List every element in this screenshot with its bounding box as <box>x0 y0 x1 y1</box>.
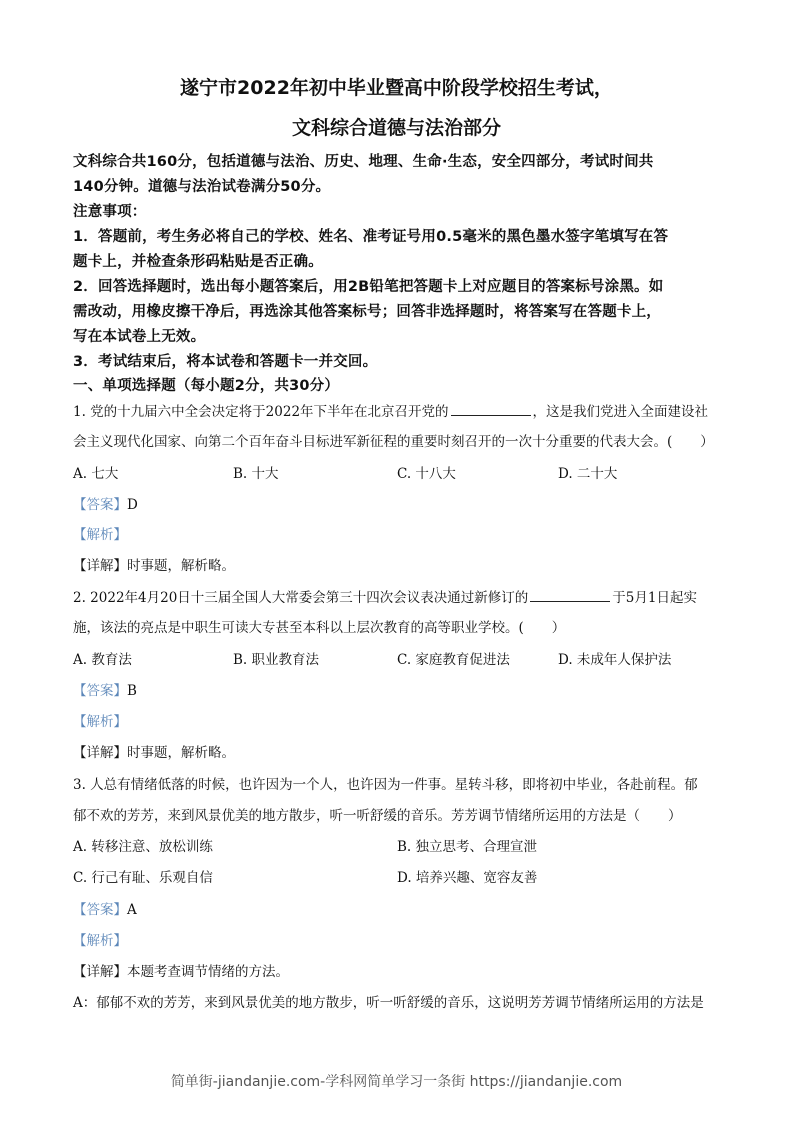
question-3-stem-line2: 郁不欢的芳芳，来到风景优美的地方散步，听一听舒缓的音乐。芳芳调节情绪所运用的方法… <box>73 804 682 824</box>
question-3-option-a: A. 转移注意、放松训练 <box>73 835 213 855</box>
question-3-analysis: 【解析】 <box>73 929 127 949</box>
question-2-answer: 【答案】B <box>73 679 137 699</box>
question-3-detail-a: A：郁郁不欢的芳芳，来到风景优美的地方散步，听一听舒缓的音乐，这说明芳芳调节情绪… <box>73 991 704 1011</box>
question-2-analysis: 【解析】 <box>73 710 127 730</box>
answer-tag: 【答案】 <box>73 497 127 513</box>
notice-3: 3．考试结束后，将本试卷和答题卡一并交回。 <box>73 350 377 371</box>
paren-close: ） <box>700 434 714 450</box>
exam-page: 遂宁市2022年初中毕业暨高中阶段学校招生考试， 文科综合道德与法治部分 文科综… <box>0 0 793 1122</box>
question-3-option-c: C. 行己有耻、乐观自信 <box>73 866 213 886</box>
question-2-text-pre: 2. 2022年4月20日十三届全国人大常委会第三十四次会议表决通过新修订的 <box>73 590 528 606</box>
question-3-stem-line1: 3. 人总有情绪低落的时候，也许因为一个人，也许因为一件事。星转斗移，即将初中毕… <box>73 773 698 793</box>
question-1-stem-line2: 会主义现代化国家、向第二个百年奋斗目标进军新征程的重要时刻召开的一次十分重要的代… <box>73 430 714 450</box>
question-2-stem-line2: 施，该法的亮点是中职生可读大专甚至本科以上层次教育的高等职业学校。(） <box>73 616 565 636</box>
analysis-tag: 【解析】 <box>73 527 127 543</box>
question-1-option-b: B. 十大 <box>233 462 279 482</box>
question-1-detail: 【详解】时事题，解析略。 <box>73 554 235 574</box>
question-2-text-b: 施，该法的亮点是中职生可读大专甚至本科以上层次教育的高等职业学校。( <box>73 620 524 636</box>
question-2-stem-line1: 2. 2022年4月20日十三届全国人大常委会第三十四次会议表决通过新修订的于5… <box>73 586 697 606</box>
answer-tag: 【答案】 <box>73 902 127 918</box>
question-2-text-post: 于5月1日起实 <box>612 590 697 606</box>
question-2-option-c: C. 家庭教育促进法 <box>397 648 510 668</box>
answer-value: A <box>127 902 137 918</box>
question-3-option-b: B. 独立思考、合理宣泄 <box>397 835 537 855</box>
question-1-option-d: D. 二十大 <box>558 462 617 482</box>
question-1-stem-line1: 1. 党的十九届六中全会决定将于2022年下半年在北京召开党的，这是我们党进入全… <box>73 400 708 420</box>
notice-1a: 1．答题前，考生务必将自己的学校、姓名、准考证号用0.5毫米的黑色墨水签字笔填写… <box>73 225 668 246</box>
question-3-detail: 【详解】本题考查调节情绪的方法。 <box>73 960 289 980</box>
question-1-option-a: A. 七大 <box>73 462 118 482</box>
question-2-option-d: D. 未成年人保护法 <box>558 648 671 668</box>
answer-blank <box>451 403 531 416</box>
intro-line2: 140分钟。道德与法治试卷满分50分。 <box>73 175 330 196</box>
notice-2a: 2．回答选择题时，选出每小题答案后，用2B铅笔把答题卡上对应题目的答案标号涂黑。… <box>73 275 663 296</box>
intro-line1: 文科综合共160分，包括道德与法治、历史、地理、生命·生态，安全四部分，考试时间… <box>73 150 653 171</box>
analysis-tag: 【解析】 <box>73 933 127 949</box>
notice-2b: 需改动，用橡皮擦干净后，再选涂其他答案标号；回答非选择题时，将答案写在答题卡上， <box>73 300 661 321</box>
detail-text: 时事题，解析略。 <box>127 558 235 574</box>
paren-close: ） <box>668 808 682 824</box>
question-1-option-c: C. 十八大 <box>397 462 456 482</box>
section-heading: 一、单项选择题（每小题2分，共30分） <box>73 374 339 395</box>
detail-text: 本题考查调节情绪的方法。 <box>127 964 289 980</box>
question-1-text-pre: 1. 党的十九届六中全会决定将于2022年下半年在北京召开党的 <box>73 404 449 420</box>
question-2-detail: 【详解】时事题，解析略。 <box>73 741 235 761</box>
question-3-text-b: 郁不欢的芳芳，来到风景优美的地方散步，听一听舒缓的音乐。芳芳调节情绪所运用的方法… <box>73 808 640 824</box>
detail-tag: 【详解】 <box>73 558 127 574</box>
detail-tag: 【详解】 <box>73 964 127 980</box>
question-1-text-post: ，这是我们党进入全面建设社 <box>533 404 709 420</box>
detail-tag: 【详解】 <box>73 745 127 761</box>
question-1-analysis: 【解析】 <box>73 523 127 543</box>
notice-2c: 写在本试卷上无效。 <box>73 325 205 346</box>
question-1-answer: 【答案】D <box>73 493 138 513</box>
answer-value: B <box>127 683 137 699</box>
question-3-answer: 【答案】A <box>73 898 137 918</box>
answer-blank <box>530 589 610 602</box>
question-2-option-a: A. 教育法 <box>73 648 132 668</box>
question-2-option-b: B. 职业教育法 <box>233 648 319 668</box>
page-title-line1: 遂宁市2022年初中毕业暨高中阶段学校招生考试， <box>0 73 793 100</box>
detail-text: 时事题，解析略。 <box>127 745 235 761</box>
question-3-option-d: D. 培养兴趣、宽容友善 <box>397 866 537 886</box>
question-1-text-b: 会主义现代化国家、向第二个百年奋斗目标进军新征程的重要时刻召开的一次十分重要的代… <box>73 434 672 450</box>
notice-1b: 题卡上，并检查条形码粘贴是否正确。 <box>73 250 323 271</box>
page-title-line2: 文科综合道德与法治部分 <box>0 113 793 140</box>
footer-watermark: 简单街-jiandanjie.com-学科网简单学习一条街 https://ji… <box>0 1071 793 1091</box>
answer-value: D <box>127 497 138 513</box>
paren-close: ） <box>552 620 566 636</box>
notice-heading: 注意事项： <box>73 200 147 221</box>
analysis-tag: 【解析】 <box>73 714 127 730</box>
answer-tag: 【答案】 <box>73 683 127 699</box>
